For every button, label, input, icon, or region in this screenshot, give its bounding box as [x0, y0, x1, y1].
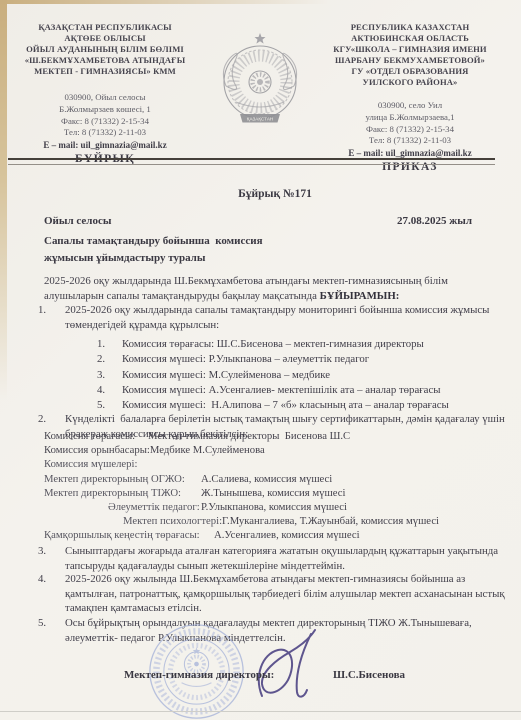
item-number: 3.: [38, 544, 65, 573]
org-line: АКТЮБИНСКАЯ ОБЛАСТЬ: [306, 33, 514, 44]
address-line: Б.Жолмырзаев көшесі, 1: [4, 104, 206, 116]
signature-name: Ш.С.Бисенова: [333, 669, 405, 681]
address-line: 030900, Ойыл селосы: [4, 92, 206, 104]
role-row: Қамқоршылық кеңестің төрағасы: А.Усенгал…: [44, 528, 506, 542]
email-line: E – mail: uil_gimnazia@mail.kz: [4, 139, 206, 151]
item-text: Сыныптардағы жоғарыда аталған категорияғ…: [65, 544, 506, 573]
kazakhstan-emblem-icon: ҚАЗАҚСТАН: [212, 28, 308, 130]
item-text: Комиссия мүшесі: Р.Улыкпанова – әлеуметт…: [122, 352, 369, 367]
address-line: 030900, село Уил: [306, 100, 514, 112]
org-line: АҚТӨБЕ ОБЛЫСЫ: [4, 33, 206, 44]
place-date-row: Ойыл селосы 27.08.2025 жыл: [44, 215, 506, 227]
role-label: Қамқоршылық кеңестің төрағасы:: [44, 528, 214, 542]
list-item: 2. Комиссия мүшесі: Р.Улыкпанова – әлеум…: [97, 352, 506, 367]
emblem-banner-text: ҚАЗАҚСТАН: [247, 116, 273, 121]
list-item: 3. Комиссия мүшесі: М.Сулейменова – медб…: [97, 368, 506, 383]
role-row: Әлеуметтік педагог: Р.Улыкпанова, комисс…: [44, 500, 506, 514]
list-item: 1. Комиссия төрағасы: Ш.С.Бисенова – мек…: [97, 337, 506, 352]
role-label: Мектеп директорының ОГЖО:: [44, 472, 201, 486]
role-value: А.Усенгалиев, комиссия мүшесі: [214, 528, 360, 542]
order-item-3: 3. Сыныптардағы жоғарыда аталған категор…: [38, 544, 506, 573]
order-subject: Сапалы тамақтандыру бойынша комиссия жұм…: [44, 233, 506, 266]
role-value: Медбике М.Сулейменова: [150, 443, 265, 457]
item-number: 5.: [38, 616, 65, 645]
org-line: ҚАЗАҚСТАН РЕСПУБЛИКАСЫ: [4, 22, 206, 33]
order-item-4: 4. 2025-2026 оқу жылында Ш.Бекмұхамбетов…: [38, 572, 506, 616]
role-value: Ж.Тынышева, комиссия мүшесі: [201, 486, 345, 500]
order-place: Ойыл селосы: [44, 215, 111, 227]
item-number: 1.: [97, 337, 122, 352]
header-left-kazakh: ҚАЗАҚСТАН РЕСПУБЛИКАСЫ АҚТӨБЕ ОБЛЫСЫ ОЙЫ…: [4, 22, 206, 165]
subject-line: жұмысын ұйымдастыру туралы: [44, 250, 506, 267]
role-label: Әлеуметтік педагог:: [108, 500, 201, 514]
item-text: Комиссия мүшесі: А.Усенгалиев- мектепіші…: [122, 383, 441, 398]
org-line: «Ш.БЕКМҰХАМБЕТОВА АТЫНДАҒЫ: [4, 55, 206, 66]
phone-line: Тел: 8 (71332) 2-11-03: [306, 135, 514, 147]
address-line: улица Б.Жолмырзаева,1: [306, 112, 514, 124]
item-number: 4.: [38, 572, 65, 616]
order-item-1: 1. 2025-2026 оқу жылдарында сапалы тамақ…: [38, 303, 506, 333]
role-row: Мектеп директорының ТІЖО: Ж.Тынышева, ко…: [44, 486, 506, 500]
item-text: 2025-2026 оқу жылдарында сапалы тамақтан…: [65, 303, 506, 333]
preamble-resolution: БҰЙЫРАМЫН:: [320, 290, 400, 302]
order-preamble: 2025-2026 оқу жылдарында Ш.Бекмұхамбетов…: [44, 274, 506, 304]
role-value: Р.Улыкпанова, комиссия мүшесі: [201, 500, 347, 514]
role-label: Комиссия орынбасары:: [44, 443, 150, 457]
role-row: Комиссия төрағасы: Мектеп-гимназия дирек…: [44, 429, 506, 443]
list-item: 4. Комиссия мүшесі: А.Усенгалиев- мектеп…: [97, 383, 506, 398]
commission-members-list: 1. Комиссия төрағасы: Ш.С.Бисенова – мек…: [97, 337, 506, 413]
role-row: Комиссия орынбасары: Медбике М.Сулеймено…: [44, 443, 506, 457]
role-row: Мектеп психологтері: Г.Мукангалиева, Т.Ж…: [44, 514, 506, 528]
item-text: Комиссия мүшесі: М.Сулейменова – медбике: [122, 368, 330, 383]
order-date: 27.08.2025 жыл: [397, 215, 472, 227]
org-line: КГУ«ШКОЛА – ГИМНАЗИЯ ИМЕНИ: [306, 44, 514, 55]
item-number: 4.: [97, 383, 122, 398]
fax-line: Факс: 8 (71332) 2-15-34: [306, 124, 514, 136]
org-line: ШАРБАНУ БЕКМУХАМБЕТОВОЙ»: [306, 55, 514, 66]
contact-block-left: 030900, Ойыл селосы Б.Жолмырзаев көшесі,…: [4, 92, 206, 151]
role-row: Мектеп директорының ОГЖО: А.Салиева, ком…: [44, 472, 506, 486]
org-line: УИЛСКОГО РАЙОНА»: [306, 77, 514, 88]
phone-line: Тел: 8 (71332) 2-11-03: [4, 127, 206, 139]
role-value: Г.Мукангалиева, Т.Жауынбай, комиссия мүш…: [222, 514, 439, 528]
role-row: Комиссия мүшелері:: [44, 457, 506, 471]
role-label: Комиссия төрағасы:: [44, 429, 148, 443]
scanned-order-document: ҚАЗАҚСТАН РЕСПУБЛИКАСЫ АҚТӨБЕ ОБЛЫСЫ ОЙЫ…: [0, 0, 521, 720]
scan-bottom-line: [0, 711, 521, 712]
item-number: 2.: [97, 352, 122, 367]
fax-line: Факс: 8 (71332) 2-15-34: [4, 116, 206, 128]
role-label: Мектеп директорының ТІЖО:: [44, 486, 201, 500]
director-signature-icon: [252, 626, 327, 706]
item-text: Комиссия төрағасы: Ш.С.Бисенова – мектеп…: [122, 337, 424, 352]
contact-block-right: 030900, село Уил улица Б.Жолмырзаева,1 Ф…: [306, 100, 514, 159]
signature-title: Мектеп-гимназия директоры:: [124, 669, 274, 681]
role-label: Комиссия мүшелері:: [44, 457, 137, 471]
scan-edge-top: [0, 0, 330, 4]
org-line: ОЙЫЛ АУДАНЫНЫҢ БІЛІМ БӨЛІМІ: [4, 44, 206, 55]
subject-line: Сапалы тамақтандыру бойынша комиссия: [44, 233, 506, 250]
role-value: Мектеп-гимназия директоры Бисенова Ш.С: [148, 429, 350, 443]
org-line: ГУ «ОТДЕЛ ОБРАЗОВАНИЯ: [306, 66, 514, 77]
org-line: РЕСПУБЛИКА КАЗАХСТАН: [306, 22, 514, 33]
brakerazh-roles-list: Комиссия төрағасы: Мектеп-гимназия дирек…: [44, 429, 506, 543]
role-label: Мектеп психологтері:: [123, 514, 222, 528]
header-right-russian: РЕСПУБЛИКА КАЗАХСТАН АКТЮБИНСКАЯ ОБЛАСТЬ…: [306, 22, 514, 173]
order-number-title: Бұйрық №171: [44, 188, 506, 200]
item-number: 1.: [38, 303, 65, 333]
item-number: 3.: [97, 368, 122, 383]
org-line: МЕКТЕП - ГИМНАЗИЯСЫ» КММ: [4, 66, 206, 77]
item-text: 2025-2026 оқу жылында Ш.Бекмұхамбетова а…: [65, 572, 506, 616]
header-divider-rule: [8, 158, 495, 165]
role-value: А.Салиева, комиссия мүшесі: [201, 472, 332, 486]
